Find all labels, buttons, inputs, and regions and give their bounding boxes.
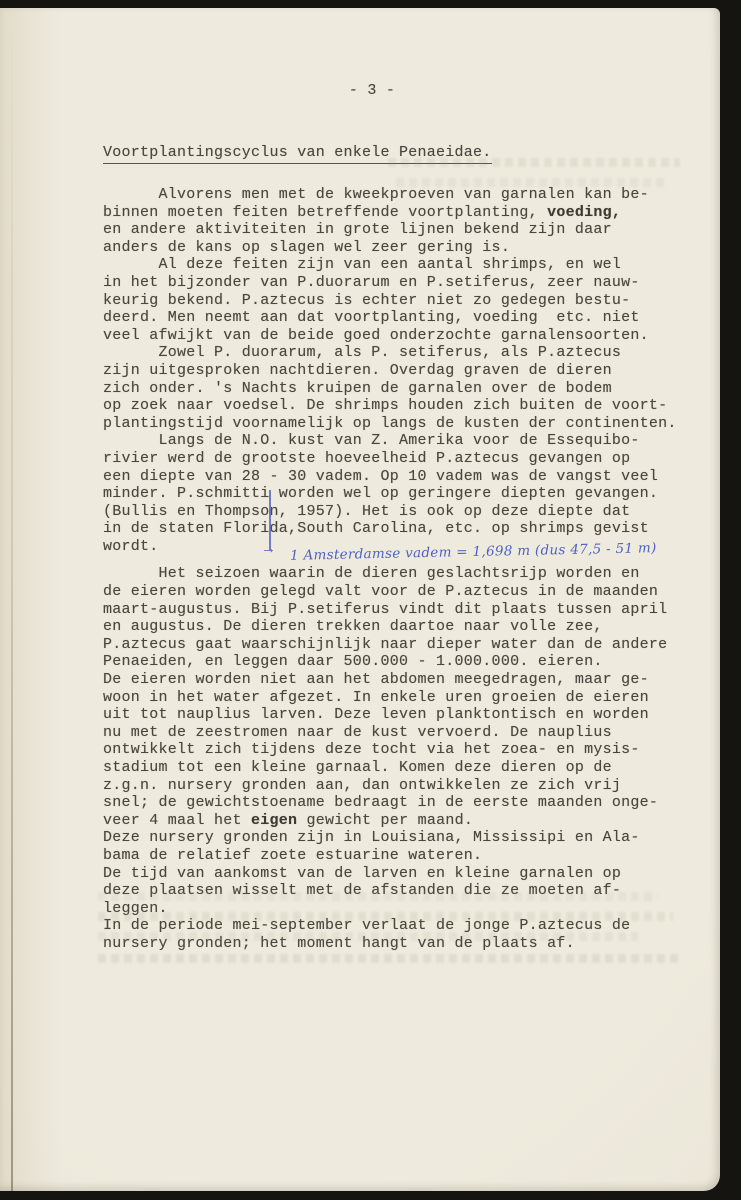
scanned-document: - 3 - Voortplantingscyclus van enkele Pe… (0, 0, 741, 1200)
text-line: nu met de zeestromen naar de kust vervoe… (103, 724, 677, 742)
text-line: bama de relatief zoete estuarine wateren… (103, 847, 677, 865)
pen-annotation-arrow-icon: → (264, 541, 273, 558)
text-line: zijn uitgesproken nachtdieren. Overdag g… (103, 362, 677, 380)
document-page: - 3 - Voortplantingscyclus van enkele Pe… (0, 8, 720, 1191)
text-line: op zoek naar voedsel. De shrimps houden … (103, 397, 677, 415)
bleed-through-text (98, 892, 658, 901)
text-line: De tijd van aankomst van de larven en kl… (103, 865, 677, 883)
body-text: Alvorens men met de kweekproeven van gar… (103, 186, 677, 953)
text-line: minder. P.schmitti worden wel op geringe… (103, 485, 677, 503)
text-line: anders de kans op slagen wel zeer gering… (103, 239, 677, 257)
text-line: Alvorens men met de kweekproeven van gar… (103, 186, 677, 204)
bleed-through-text (388, 158, 680, 167)
text-line: Penaeiden, en leggen daar 500.000 - 1.00… (103, 653, 677, 671)
text-line: maart-augustus. Bij P.setiferus vindt di… (103, 601, 677, 619)
text-line: de eieren worden gelegd valt voor de P.a… (103, 583, 677, 601)
text-line: rivier werd de grootste hoeveelheid P.az… (103, 450, 677, 468)
text-line: Het seizoen waarin de dieren geslachtsri… (103, 565, 677, 583)
text-line: een diepte van 28 - 30 vadem. Op 10 vade… (103, 468, 677, 486)
text-line: (Bullis en Thompson, 1957). Het is ook o… (103, 503, 677, 521)
text-line: z.g.n. nursery gronden aan, dan ontwikke… (103, 777, 677, 795)
bleed-through-text (98, 912, 673, 921)
text-line: plantingstijd voornamelijk op langs de k… (103, 415, 677, 433)
text-line: binnen moeten feiten betreffende voortpl… (103, 204, 677, 222)
text-line: veel afwijkt van de beide goed onderzoch… (103, 327, 677, 345)
bleed-through-text (396, 178, 666, 187)
text-line: De eieren worden niet aan het abdomen me… (103, 671, 677, 689)
text-line: Zowel P. duorarum, als P. setiferus, als… (103, 344, 677, 362)
text-line: deerd. Men neemt aan dat voortplanting, … (103, 309, 677, 327)
text-line: uit tot nauplius larven. Deze leven plan… (103, 706, 677, 724)
text-line: ontwikkelt zich tijdens deze tocht via h… (103, 741, 677, 759)
bleed-through-text (98, 954, 683, 963)
text-line: Al deze feiten zijn van een aantal shrim… (103, 256, 677, 274)
text-line: zich onder. 's Nachts kruipen de garnale… (103, 380, 677, 398)
text-line: en andere aktiviteiten in grote lijnen b… (103, 221, 677, 239)
text-line: woon in het water afgezet. In enkele ure… (103, 689, 677, 707)
text-line: Deze nursery gronden zijn in Louisiana, … (103, 829, 677, 847)
bleed-through-text (98, 932, 638, 941)
text-line: en augustus. De dieren trekken daartoe n… (103, 618, 677, 636)
text-line: keurig bekend. P.aztecus is echter niet … (103, 292, 677, 310)
text-line: in het bijzonder van P.duorarum en P.set… (103, 274, 677, 292)
text-line: Langs de N.O. kust van Z. Amerika voor d… (103, 432, 677, 450)
text-line: snel; de gewichtstoename bedraagt in de … (103, 794, 677, 812)
text-line: P.aztecus gaat waarschijnlijk naar diepe… (103, 636, 677, 654)
text-line: stadium tot een kleine garnaal. Komen de… (103, 759, 677, 777)
text-line: in de staten Florida,South Carolina, etc… (103, 520, 677, 538)
text-line: veer 4 maal het eigen gewicht per maand. (103, 812, 677, 830)
page-number: - 3 - (12, 82, 732, 99)
